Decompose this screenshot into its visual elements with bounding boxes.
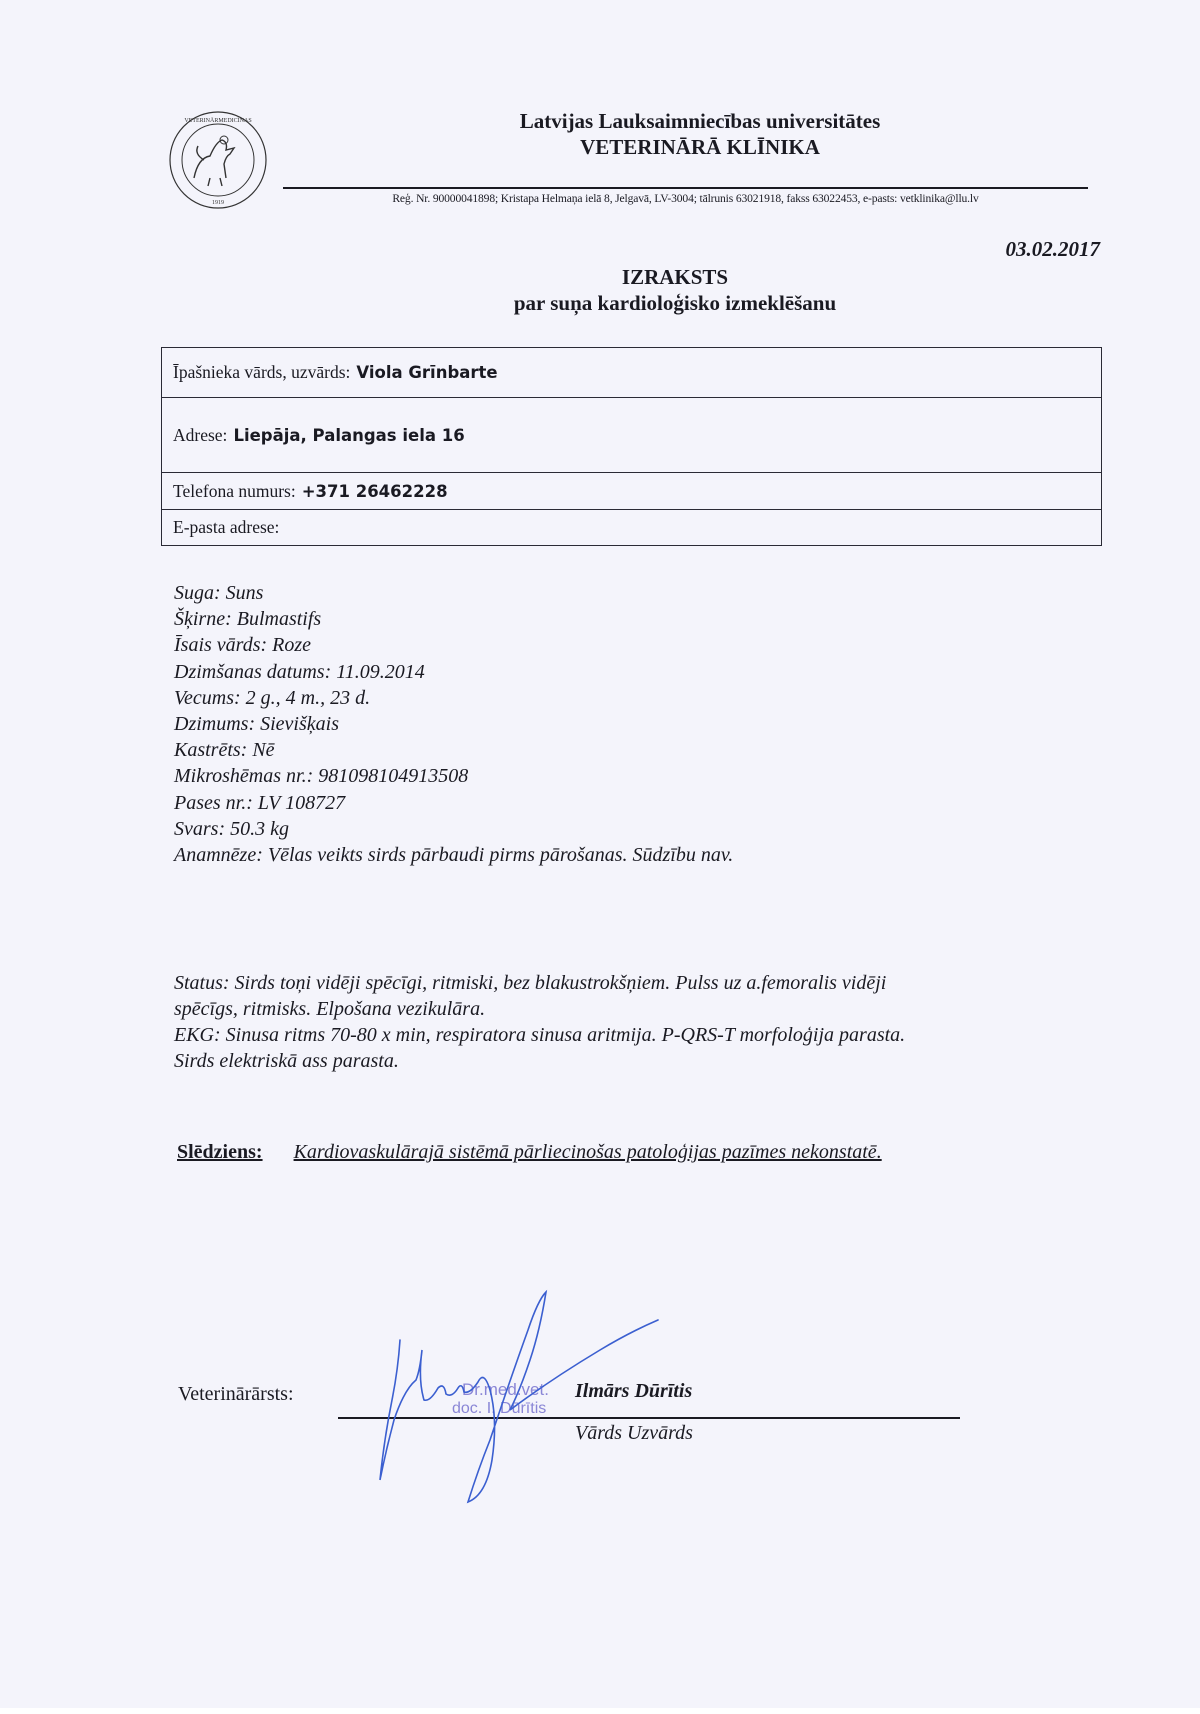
svg-text:VETERINĀRMEDICĪNAS: VETERINĀRMEDICĪNAS	[184, 117, 251, 124]
conclusion: Slēdziens: Kardiovaskulārajā sistēmā pār…	[177, 1141, 1077, 1164]
handwritten-signature-icon	[360, 1270, 720, 1510]
animal-weight: Svars: 50.3 kg	[174, 816, 1074, 842]
owner-info-table: Īpašnieka vārds, uzvārds: Viola Grīnbart…	[161, 347, 1102, 546]
document-subtitle: par suņa kardioloģisko izmeklēšanu	[300, 290, 1050, 316]
status-line-2: spēcīgs, ritmisks. Elpošana vezikulāra.	[174, 996, 1094, 1022]
conclusion-text: Kardiovaskulārajā sistēmā pārliecinošas …	[294, 1141, 882, 1163]
owner-phone-label: Telefona numurs:	[173, 481, 296, 502]
header-divider	[283, 187, 1088, 189]
conclusion-label: Slēdziens:	[177, 1141, 263, 1163]
owner-phone-row: Telefona numurs: +371 26462228	[162, 473, 1101, 510]
university-name: Latvijas Lauksaimniecības universitātes	[300, 108, 1100, 134]
animal-species: Suga: Suns	[174, 580, 1074, 606]
owner-name-value: Viola Grīnbarte	[356, 363, 497, 382]
animal-info-list: Suga: Suns Šķirne: Bulmastifs Īsais vārd…	[174, 580, 1074, 868]
exam-findings: Status: Sirds toņi vidēji spēcīgi, ritmi…	[174, 970, 1094, 1074]
ekg-line-1: EKG: Sinusa ritms 70-80 x min, respirato…	[174, 1022, 1094, 1048]
clinic-contact-info: Reģ. Nr. 90000041898; Kristapa Helmaņa i…	[283, 191, 1088, 207]
ekg-line-2: Sirds elektriskā ass parasta.	[174, 1048, 1094, 1074]
document-title: IZRAKSTS	[300, 264, 1050, 290]
scan-edge	[0, 1708, 1200, 1714]
status-line-1: Status: Sirds toņi vidēji spēcīgi, ritmi…	[174, 970, 1094, 996]
veterinarian-label: Veterinārārsts:	[178, 1383, 294, 1406]
animal-passport: Pases nr.: LV 108727	[174, 790, 1074, 816]
owner-email-label: E-pasta adrese:	[173, 517, 279, 538]
clinic-name: VETERINĀRĀ KLĪNIKA	[300, 134, 1100, 160]
owner-phone-value: +371 26462228	[302, 482, 448, 501]
animal-anamnesis: Anamnēze: Vēlas veikts sirds pārbaudi pi…	[174, 842, 1074, 868]
owner-name-label: Īpašnieka vārds, uzvārds:	[173, 362, 350, 383]
owner-email-row: E-pasta adrese:	[162, 510, 1101, 545]
faculty-seal-icon: 1919 VETERINĀRMEDICĪNAS	[160, 108, 278, 212]
animal-neutered: Kastrēts: Nē	[174, 737, 1074, 763]
document-date: 03.02.2017	[900, 237, 1100, 262]
animal-nickname: Īsais vārds: Roze	[174, 632, 1074, 658]
owner-name-row: Īpašnieka vārds, uzvārds: Viola Grīnbart…	[162, 348, 1101, 398]
animal-age: Vecums: 2 g., 4 m., 23 d.	[174, 685, 1074, 711]
animal-birth-date: Dzimšanas datums: 11.09.2014	[174, 659, 1074, 685]
owner-address-value: Liepāja, Palangas iela 16	[233, 426, 464, 445]
owner-address-label: Adrese:	[173, 425, 227, 446]
owner-address-row: Adrese: Liepāja, Palangas iela 16	[162, 398, 1101, 473]
animal-microchip: Mikroshēmas nr.: 981098104913508	[174, 763, 1074, 789]
animal-breed: Šķirne: Bulmastifs	[174, 606, 1074, 632]
svg-text:1919: 1919	[212, 200, 224, 206]
animal-sex: Dzimums: Sievišķais	[174, 711, 1074, 737]
